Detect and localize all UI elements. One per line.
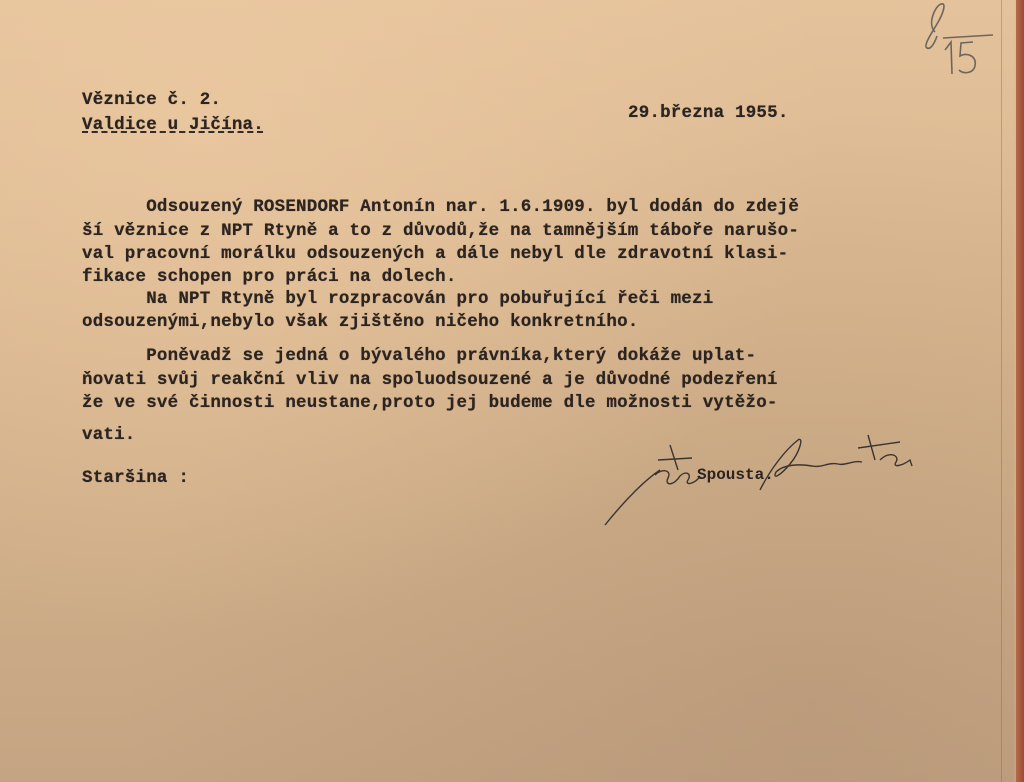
- body-line: ňovati svůj reakční vliv na spoluodsouze…: [82, 370, 778, 390]
- body-line: ší věznice z NPT Rtyně a to z důvodů,že …: [82, 221, 799, 241]
- body-line: fikace schopen pro práci na dolech.: [82, 267, 457, 287]
- sender-institution: Věznice č. 2.: [82, 90, 221, 110]
- signature-label: Staršina :: [82, 468, 189, 488]
- body-line: Odsouzený ROSENDORF Antonín nar. 1.6.190…: [82, 197, 799, 217]
- document-date: 29.března 1955.: [628, 103, 789, 123]
- body-line: Poněvadž se jedná o bývalého právníka,kt…: [82, 346, 756, 366]
- body-line: val pracovní morálku odsouzených a dále …: [82, 244, 788, 264]
- paper-edge-fold: [1001, 0, 1002, 782]
- binder-edge: [1016, 0, 1024, 782]
- pencil-page-number: 8 15: [915, 2, 1005, 77]
- body-line: že ve své činnosti neustane,proto jej bu…: [82, 393, 778, 413]
- body-line: Na NPT Rtyně byl rozpracován pro pobuřuj…: [82, 289, 713, 309]
- signature-typed-name: Spousta.: [697, 466, 774, 484]
- body-line: odsouzenými,nebylo však zjištěno ničeho …: [82, 312, 639, 332]
- sender-location: Valdice u Jičína.: [82, 115, 264, 135]
- body-line: vati.: [82, 425, 136, 445]
